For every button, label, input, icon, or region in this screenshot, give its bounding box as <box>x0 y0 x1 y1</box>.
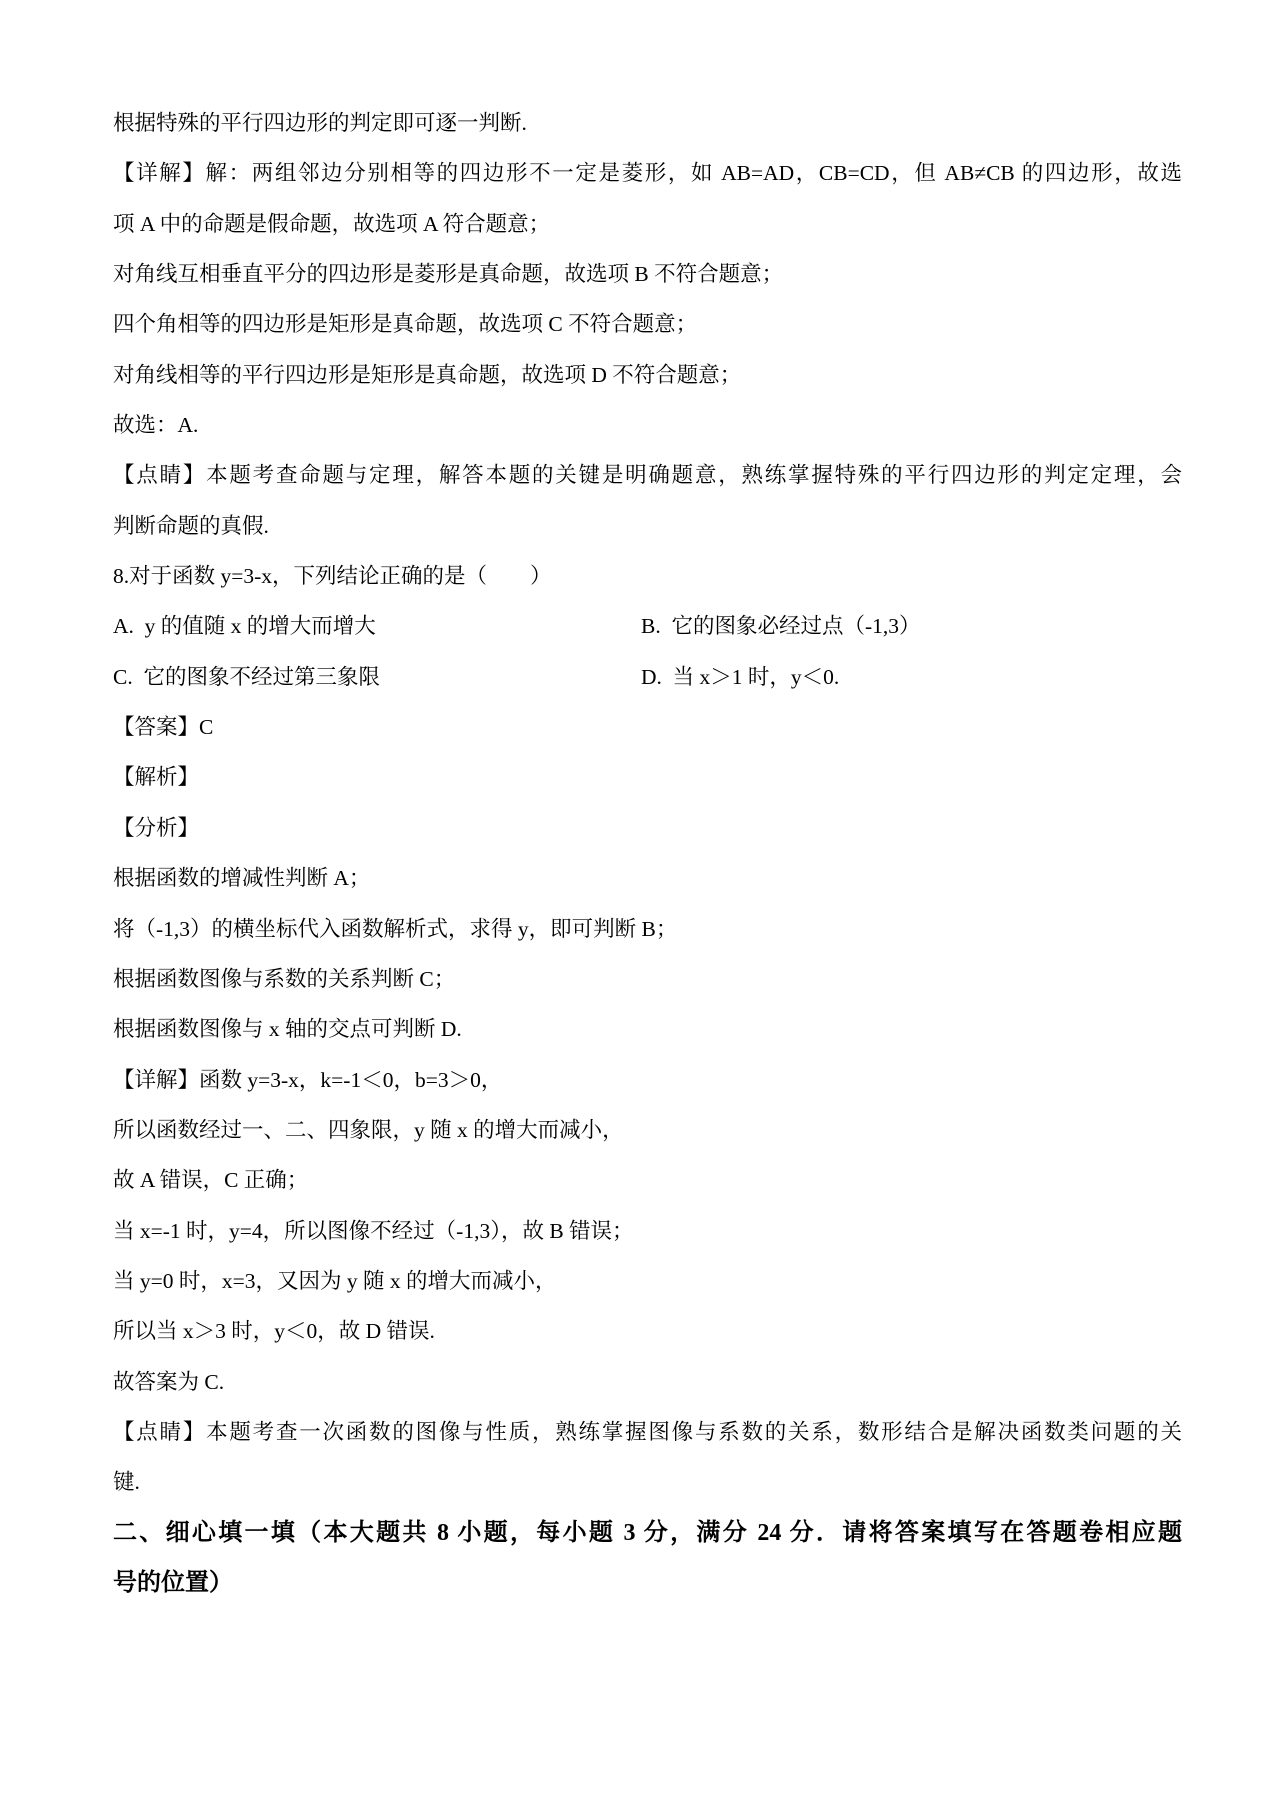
q8-detail-line-4: 当 x=-1 时，y=4，所以图像不经过（-1,3），故 B 错误； <box>113 1206 1182 1256</box>
q8-detail-line-6: 所以当 x＞3 时，y＜0，故 D 错误. <box>113 1306 1182 1356</box>
q8-conclusion-line: 故答案为 C. <box>113 1357 1182 1407</box>
q8-fenxi-label: 【分析】 <box>113 803 1182 853</box>
q7-detail-line-4: 四个角相等的四边形是矩形是真命题，故选项 C 不符合题意； <box>113 299 1182 349</box>
q7-note-line-2: 判断命题的真假. <box>113 501 1182 551</box>
q8-analysis-d: 根据函数图像与 x 轴的交点可判断 D. <box>113 1004 1182 1054</box>
q7-detail-line-1: 【详解】解：两组邻边分别相等的四边形不一定是菱形，如 AB=AD，CB=CD，但… <box>113 148 1182 198</box>
q8-analysis-c: 根据函数图像与系数的关系判断 C； <box>113 954 1182 1004</box>
q7-note-line-1: 【点睛】本题考查命题与定理，解答本题的关键是明确题意，熟练掌握特殊的平行四边形的… <box>113 450 1182 500</box>
q8-detail-line-2: 所以函数经过一、二、四象限，y 随 x 的增大而减小， <box>113 1105 1182 1155</box>
q7-analysis-line: 根据特殊的平行四边形的判定即可逐一判断. <box>113 98 1182 148</box>
q8-detail-line-1: 【详解】函数 y=3-x，k=-1＜0，b=3＞0， <box>113 1055 1182 1105</box>
q7-detail-line-5: 对角线相等的平行四边形是矩形是真命题，故选项 D 不符合题意； <box>113 350 1182 400</box>
q8-option-d: D. 当 x＞1 时，y＜0. <box>641 665 839 689</box>
q8-detail-line-3: 故 A 错误，C 正确； <box>113 1155 1182 1205</box>
section-2-heading-line-1: 二、细心填一填（本大题共 8 小题，每小题 3 分，满分 24 分．请将答案填写… <box>113 1508 1182 1558</box>
q8-analysis-b: 将（-1,3）的横坐标代入函数解析式，求得 y，即可判断 B； <box>113 904 1182 954</box>
q7-answer-line: 故选：A. <box>113 400 1182 450</box>
exam-solution-page: 根据特殊的平行四边形的判定即可逐一判断. 【详解】解：两组邻边分别相等的四边形不… <box>0 0 1280 1810</box>
q8-note-line-2: 键. <box>113 1457 1182 1507</box>
q8-jiexi-label: 【解析】 <box>113 752 1182 802</box>
q7-detail-line-2: 项 A 中的命题是假命题，故选项 A 符合题意； <box>113 199 1182 249</box>
q8-answer-label: 【答案】C <box>113 702 1182 752</box>
section-2-heading-line-2: 号的位置） <box>113 1558 1182 1608</box>
q8-options-row-ab: A. y 的值随 x 的增大而增大B. 它的图象必经过点（-1,3） <box>113 601 1182 651</box>
q8-option-b: B. 它的图象必经过点（-1,3） <box>641 614 921 638</box>
q8-stem: 8.对于函数 y=3-x，下列结论正确的是（ ） <box>113 551 1182 601</box>
q7-detail-line-3: 对角线互相垂直平分的四边形是菱形是真命题，故选项 B 不符合题意； <box>113 249 1182 299</box>
q8-option-c: C. 它的图象不经过第三象限 <box>113 652 641 702</box>
q8-detail-line-5: 当 y=0 时，x=3，又因为 y 随 x 的增大而减小， <box>113 1256 1182 1306</box>
q8-note-line-1: 【点睛】本题考查一次函数的图像与性质，熟练掌握图像与系数的关系，数形结合是解决函… <box>113 1407 1182 1457</box>
q8-options-row-cd: C. 它的图象不经过第三象限D. 当 x＞1 时，y＜0. <box>113 652 1182 702</box>
q8-analysis-a: 根据函数的增减性判断 A； <box>113 853 1182 903</box>
q8-option-a: A. y 的值随 x 的增大而增大 <box>113 601 641 651</box>
